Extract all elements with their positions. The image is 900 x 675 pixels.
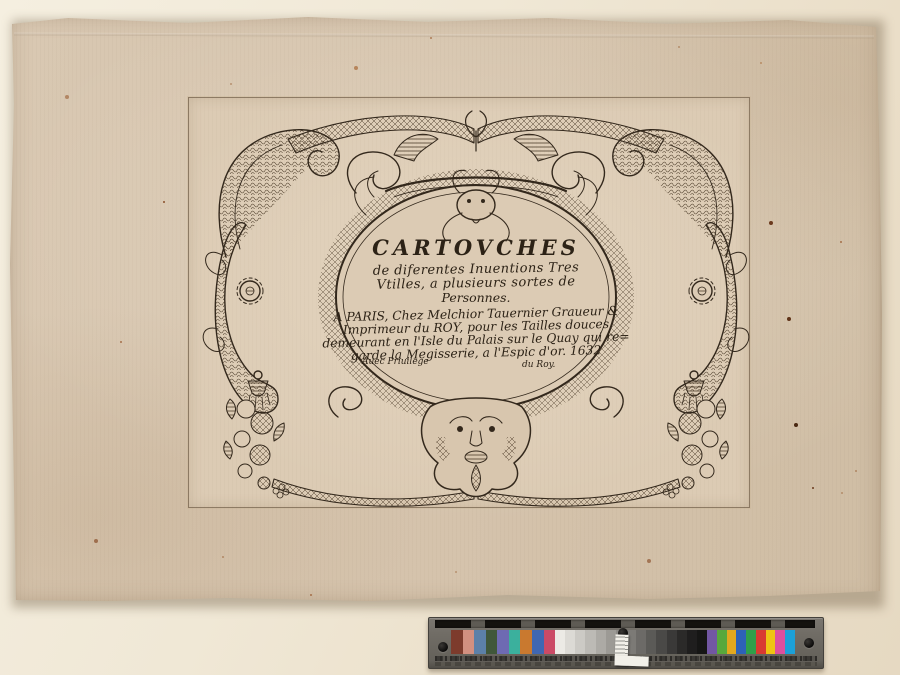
color-swatch (717, 630, 727, 654)
color-swatch (785, 630, 795, 654)
color-swatch (463, 630, 475, 654)
color-swatch (585, 630, 595, 654)
color-swatch (766, 630, 776, 654)
color-swatch (544, 630, 556, 654)
color-swatch (520, 630, 532, 654)
color-swatch (677, 630, 687, 654)
color-swatch (697, 630, 707, 654)
color-swatch (596, 630, 606, 654)
color-swatch (575, 630, 585, 654)
color-swatch (497, 630, 509, 654)
etching-title: CARTOVCHES (202, 235, 750, 260)
color-swatch (656, 630, 666, 654)
color-swatch (565, 630, 575, 654)
privilege-right-text: du Roy. (522, 360, 555, 370)
color-swatch (667, 630, 677, 654)
color-swatch (532, 630, 544, 654)
color-swatch (509, 630, 521, 654)
color-swatch (486, 630, 498, 654)
privilege-left-text: Auec Priuilege (362, 357, 429, 367)
foxing-spots (0, 0, 2, 2)
color-swatch (736, 630, 746, 654)
color-calibration-bar (428, 617, 824, 669)
color-swatch (474, 630, 486, 654)
color-swatch (756, 630, 766, 654)
color-swatch (727, 630, 737, 654)
calibration-segment-strip (435, 620, 815, 628)
color-swatch (451, 630, 463, 654)
screw-icon (438, 642, 448, 652)
right-color-patches (707, 630, 795, 654)
label-sticker (614, 634, 649, 666)
color-swatch (687, 630, 697, 654)
color-swatch (555, 630, 565, 654)
left-color-patches (451, 630, 555, 654)
color-swatch (775, 630, 785, 654)
screw-icon (804, 638, 814, 648)
etched-plate: CARTOVCHES de diferentes Inuentions Tres… (188, 97, 750, 508)
label-sticker-foot (614, 655, 648, 666)
color-swatch (707, 630, 717, 654)
color-swatch (746, 630, 756, 654)
photo-of-etching: CARTOVCHES de diferentes Inuentions Tres… (0, 0, 900, 675)
